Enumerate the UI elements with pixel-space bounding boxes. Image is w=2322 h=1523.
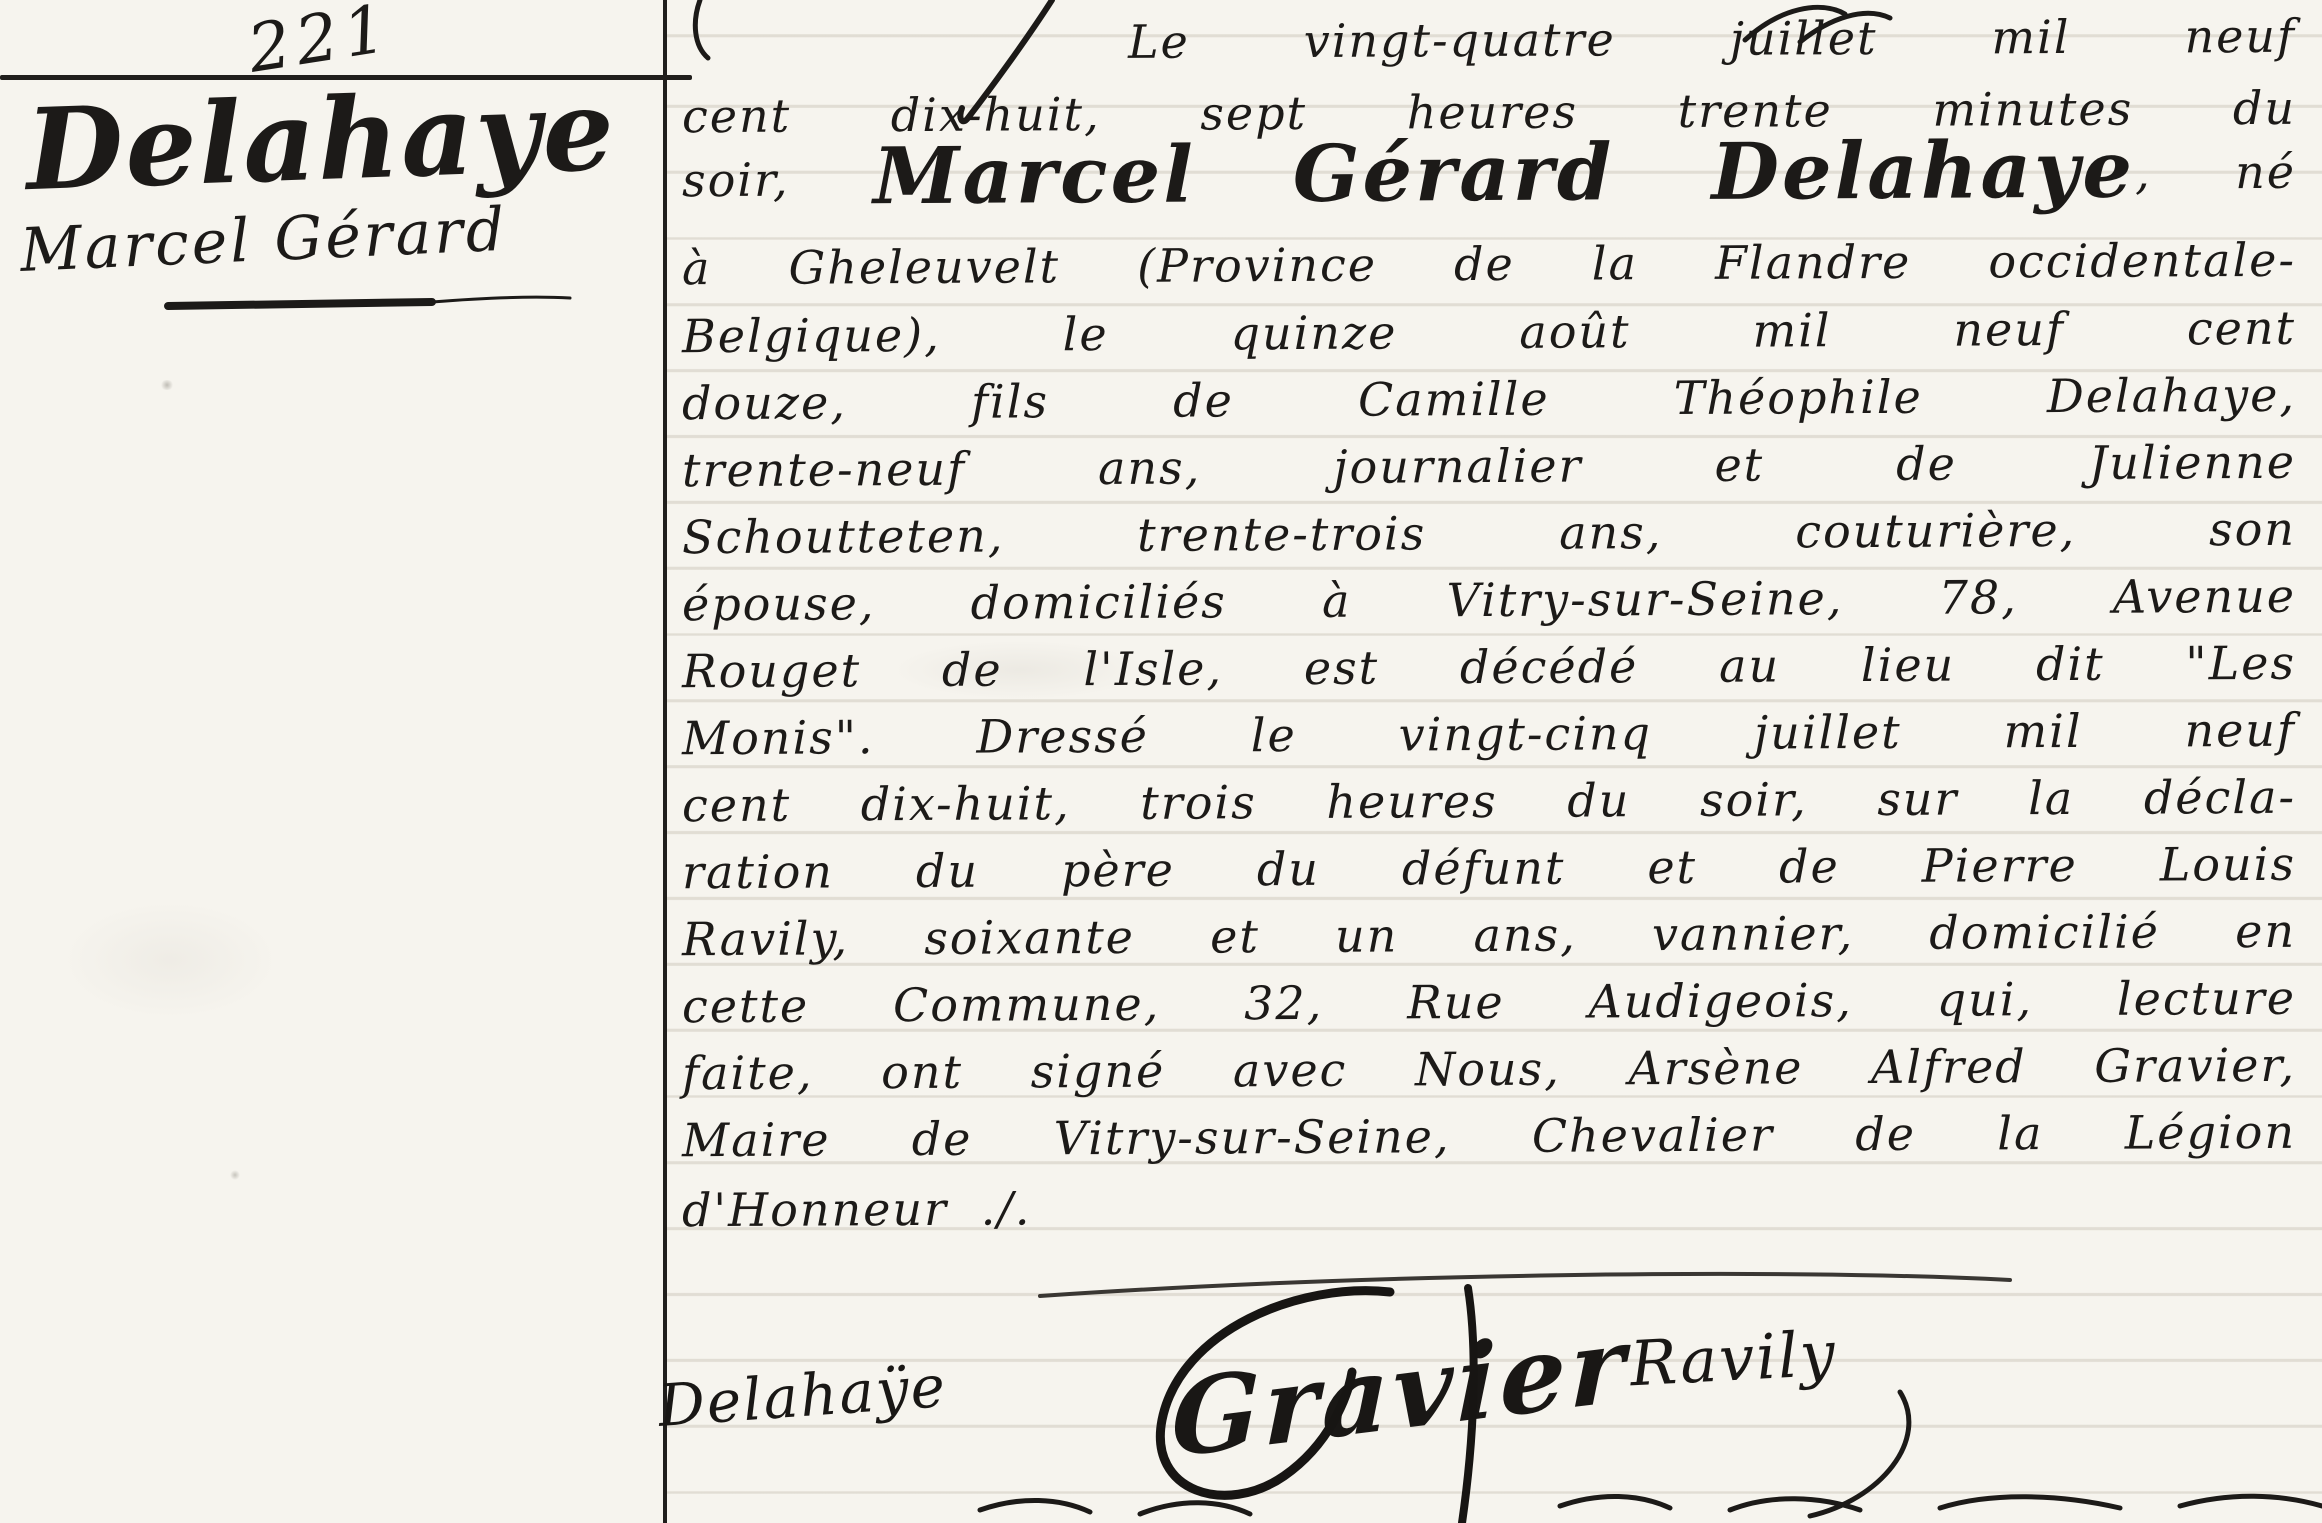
body-line-9: épouse, domiciliés à Vitry-sur-Seine, 78… bbox=[682, 564, 2296, 636]
body-line-12: cent dix-huit, trois heures du soir, sur… bbox=[682, 765, 2296, 837]
body-line-15: cette Commune, 32, Rue Audigeois, qui, l… bbox=[682, 966, 2296, 1038]
signature-witness: Ravily bbox=[1628, 1317, 1838, 1401]
body-line-1: Le vingt-quatre juillet mil neuf bbox=[682, 4, 2296, 76]
body-line-6: douze, fils de Camille Théophile Delahay… bbox=[682, 363, 2296, 435]
body-line-18: d'Honneur ./. bbox=[682, 1170, 2296, 1242]
body-line-13: ration du père du défunt et de Pierre Lo… bbox=[682, 832, 2296, 904]
body-line-3: soir, Marcel Gérard Delahaye, né bbox=[682, 124, 2296, 228]
margin-vertical-rule bbox=[663, 0, 667, 1523]
body-line-14: Ravily, soixante et un ans, vannier, dom… bbox=[682, 899, 2296, 971]
body-line-8: Schoutteten, trente-trois ans, couturièr… bbox=[682, 497, 2296, 569]
death-record-scan: 221 Delahaye Marcel Gérard Le vingt-quat… bbox=[0, 0, 2322, 1523]
body-line-11: Monis". Dressé le vingt-cinq juillet mil… bbox=[682, 698, 2296, 770]
ink-speck bbox=[230, 1170, 240, 1180]
body-line-7: trente-neuf ans, journalier et de Julien… bbox=[682, 430, 2296, 502]
body-line-5: Belgique), le quinze août mil neuf cent bbox=[682, 296, 2296, 368]
body-line-3-prefix: soir, bbox=[682, 153, 790, 208]
body-line-10: Rouget de l'Isle, est décédé au lieu dit… bbox=[682, 631, 2296, 703]
body-line-4: à Gheleuvelt (Province de la Flandre occ… bbox=[682, 228, 2296, 300]
paper-stain bbox=[60, 900, 280, 1020]
body-line-3-suffix: , né bbox=[2135, 145, 2296, 200]
body-line-16: faite, ont signé avec Nous, Arsène Alfre… bbox=[682, 1033, 2296, 1105]
ink-speck bbox=[160, 380, 174, 390]
deceased-name: Marcel Gérard Delahaye bbox=[873, 125, 2135, 223]
body-line-17: Maire de Vitry-sur-Seine, Chevalier de l… bbox=[682, 1100, 2296, 1172]
